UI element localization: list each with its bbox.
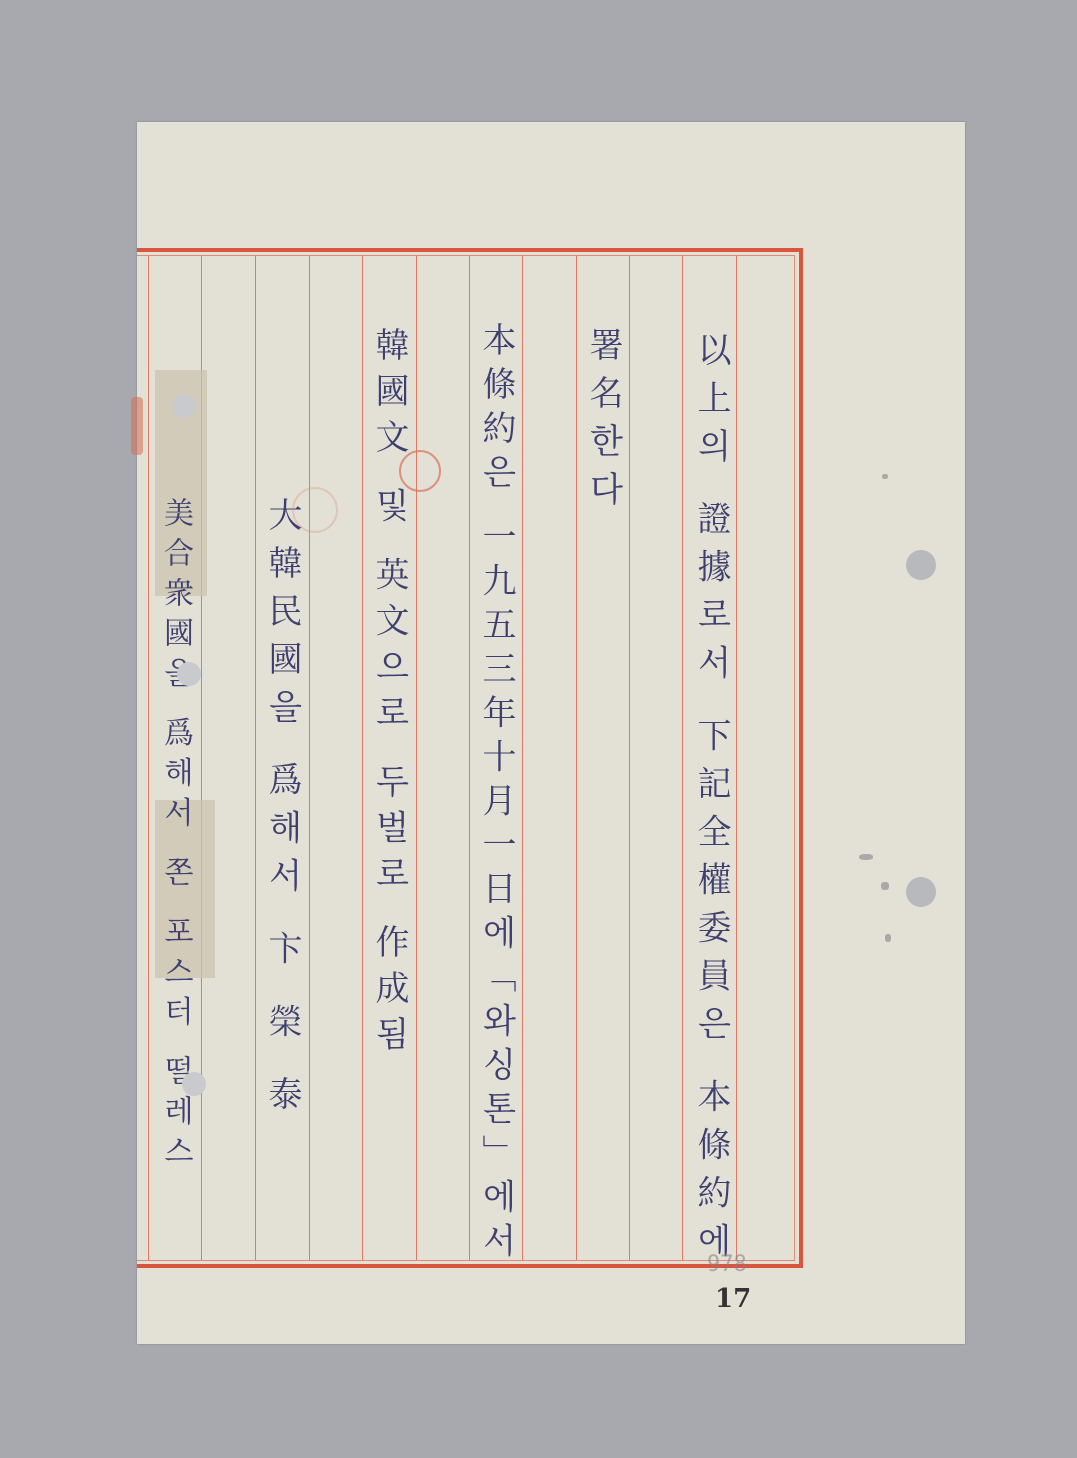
binder-hole bbox=[906, 550, 936, 580]
smudge bbox=[882, 474, 888, 479]
text-column-4: 韓國文 및 英文으로 두벌로 作成됨 bbox=[363, 327, 415, 1062]
text-column-2: 署名한다 bbox=[577, 327, 629, 519]
text-column-3: 本條約은 一九五三年十月一日에「와싱톤」에서 bbox=[470, 322, 522, 1267]
edge-seal-fragment bbox=[131, 397, 143, 455]
smudge bbox=[859, 854, 873, 860]
binder-hole bbox=[177, 662, 201, 686]
rule-line bbox=[682, 256, 683, 1260]
archive-stamp-number: 978 bbox=[707, 1252, 747, 1277]
smudge bbox=[881, 882, 889, 890]
faded-seal-stamp bbox=[292, 487, 338, 533]
rule-line bbox=[416, 256, 417, 1260]
binder-hole bbox=[906, 877, 936, 907]
text-column-1: 以上의 證據로서 下記全權委員은 本條約에 bbox=[685, 332, 737, 1270]
rule-line bbox=[629, 256, 630, 1260]
signatory-korea: 大韓民國을 爲해서 卞 榮 泰 bbox=[256, 497, 308, 1124]
page-number: 17 bbox=[715, 1284, 751, 1314]
red-seal-stamp bbox=[399, 450, 441, 492]
smudge bbox=[885, 934, 891, 942]
binder-hole bbox=[182, 1072, 206, 1096]
rule-line bbox=[309, 256, 310, 1260]
binder-hole bbox=[172, 394, 196, 418]
rule-line bbox=[522, 256, 523, 1260]
document-page: 以上의 證據로서 下記全權委員은 本條約에 署名한다 本條約은 一九五三年十月一… bbox=[137, 122, 965, 1344]
